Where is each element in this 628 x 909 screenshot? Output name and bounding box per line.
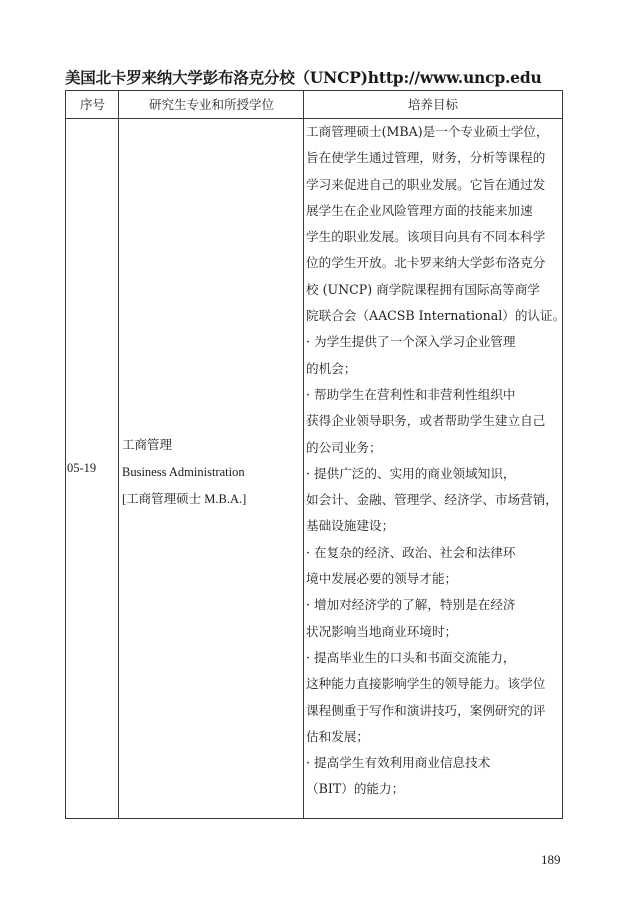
major-cell: 工商管理 Business Administration [工商管理硕士 M.B… [122,432,302,513]
goal-line: 估和发展； [306,724,562,750]
goal-line: 校 (UNCP) 商学院课程拥有国际高等商学 [306,277,562,303]
goal-bullet-line: · 提高学生有效利用商业信息技术 [306,750,562,776]
goal-bullet-line: · 为学生提供了一个深入学习企业管理 [306,329,562,355]
goal-line: 获得企业领导职务，或者帮助学生建立自己 [306,408,562,434]
column-divider [303,91,304,818]
goal-line: （BIT）的能力； [306,776,562,802]
goal-line: 这种能力直接影响学生的领导能力。该学位 [306,671,562,697]
goal-line: 旨在使学生通过管理，财务，分析等课程的 [306,145,562,171]
goal-bullet-line: · 提供广泛的、实用的商业领域知识， [306,461,562,487]
goal-line: 的公司业务； [306,435,562,461]
column-divider [118,91,119,818]
goal-line: 课程侧重于写作和演讲技巧，案例研究的评 [306,698,562,724]
goal-bullet-line: · 增加对经济学的了解，特别是在经济 [306,592,562,618]
program-table: 序号 研究生专业和所授学位 培养目标 05-19 工商管理 Business A… [65,90,563,819]
goal-bullet-line: · 在复杂的经济、政治、社会和法律环 [306,540,562,566]
header-training-goal: 培养目标 [304,91,562,118]
training-goal-cell: 工商管理硕士(MBA)是一个专业硕士学位， 旨在使学生通过管理，财务，分析等课程… [306,119,562,803]
page-title: 美国北卡罗来纳大学彭布洛克分校（UNCP)http://www.uncp.edu [65,66,542,88]
table-header-row: 序号 研究生专业和所授学位 培养目标 [66,91,562,119]
program-id: 05-19 [66,461,120,476]
goal-line: 境中发展必要的领导才能； [306,566,562,592]
header-major-degree: 研究生专业和所授学位 [119,91,304,118]
goal-bullet-line: · 帮助学生在营利性和非营利性组织中 [306,382,562,408]
page-number: 189 [541,852,561,868]
major-english-name: Business Administration [122,459,302,486]
goal-line: 位的学生开放。北卡罗来纳大学彭布洛克分 [306,250,562,276]
major-chinese-name: 工商管理 [122,432,302,459]
goal-line: 院联合会（AACSB International）的认证。 [306,303,562,329]
goal-line: 状况影响当地商业环境时； [306,619,562,645]
goal-line: 学生的职业发展。该项目向具有不同本科学 [306,224,562,250]
goal-line: 展学生在企业风险管理方面的技能来加速 [306,198,562,224]
degree-awarded: [工商管理硕士 M.B.A.] [122,486,302,513]
goal-line: 工商管理硕士(MBA)是一个专业硕士学位， [306,119,562,145]
goal-line: 如会计、金融、管理学、经济学、市场营销， [306,487,562,513]
goal-line: 的机会； [306,356,562,382]
goal-line: 学习来促进自己的职业发展。它旨在通过发 [306,172,562,198]
header-serial-number: 序号 [66,91,119,118]
goal-bullet-line: · 提高毕业生的口头和书面交流能力， [306,645,562,671]
goal-line: 基础设施建设； [306,513,562,539]
